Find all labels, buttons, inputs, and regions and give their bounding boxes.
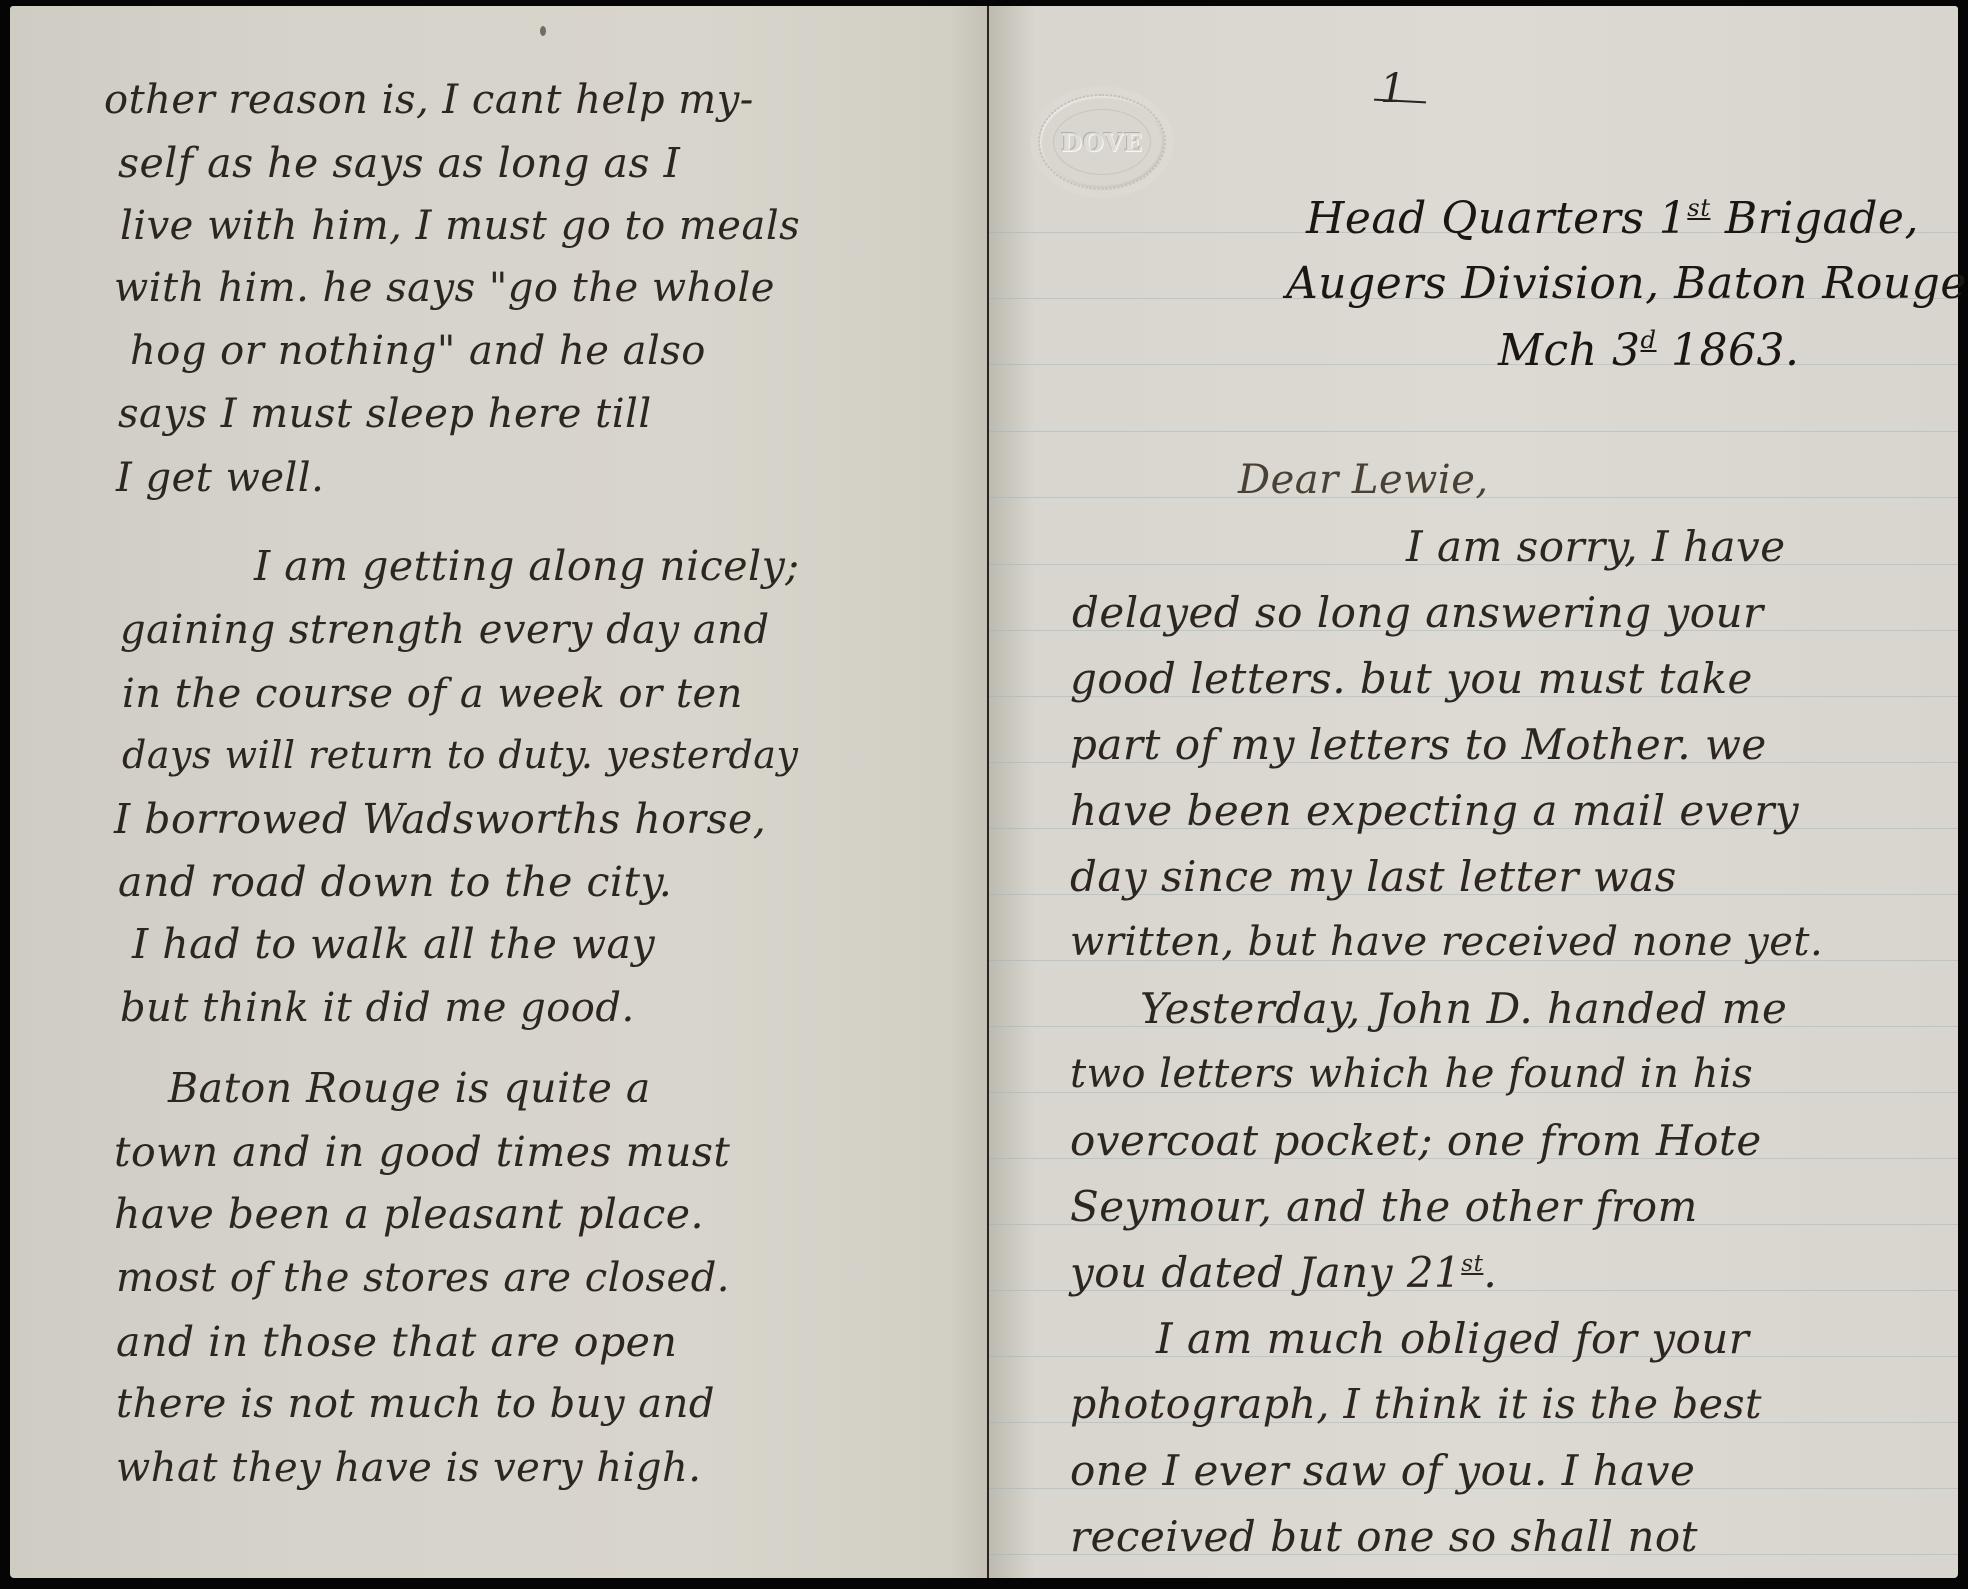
rule-line: [988, 431, 1958, 432]
left-line-10: in the course of a week or ten: [122, 674, 743, 714]
left-line-11: days will return to duty. yesterday: [122, 736, 798, 774]
left-line-14: I had to walk all the way: [132, 924, 655, 965]
right-line-3: good letters. but you must take: [1070, 658, 1753, 700]
right-line-2: delayed so long answering your: [1072, 592, 1764, 634]
heading-line-2: Augers Division, Baton Rouge,: [1286, 262, 1968, 306]
left-line-13: and road down to the city.: [118, 862, 672, 903]
ordinal-suffix: st: [1687, 194, 1710, 222]
left-line-7: I get well.: [116, 458, 324, 498]
left-line-5: hog or nothing" and he also: [130, 331, 706, 371]
heading-text: Head Quarters 1: [1306, 193, 1687, 244]
right-line-11: Seymour, and the other from: [1070, 1186, 1698, 1228]
left-line-19: most of the stores are closed.: [116, 1258, 730, 1298]
right-line-10: overcoat pocket; one from Hote: [1070, 1120, 1762, 1162]
right-line-8: Yesterday, John D. handed me: [1140, 988, 1787, 1030]
letter-spread: other reason is, I cant help my- self as…: [10, 6, 1958, 1578]
left-line-8: I am getting along nicely;: [254, 546, 800, 587]
left-line-16: Baton Rouge is quite a: [168, 1068, 651, 1109]
dated-text: you dated Jany 21: [1070, 1248, 1461, 1297]
left-line-2: self as he says as long as I: [118, 143, 680, 184]
right-line-15: one I ever saw of you. I have: [1070, 1450, 1695, 1492]
left-line-17: town and in good times must: [114, 1132, 730, 1173]
left-line-6: says I must sleep here till: [118, 394, 652, 434]
salutation: Dear Lewie,: [1238, 460, 1489, 500]
right-line-12: you dated Jany 21st.: [1070, 1252, 1497, 1294]
left-line-15: but think it did me good.: [120, 988, 635, 1028]
left-line-18: have been a pleasant place.: [114, 1194, 704, 1235]
page-number: 1: [1380, 66, 1405, 112]
left-line-22: what they have is very high.: [116, 1448, 701, 1488]
left-line-9: gaining strength every day and: [120, 610, 770, 650]
left-line-1: other reason is, I cant help my-: [104, 80, 754, 120]
emboss-label: DOVE: [1053, 109, 1151, 175]
ink-blot: [540, 26, 546, 36]
left-line-20: and in those that are open: [116, 1322, 677, 1363]
right-line-9: two letters which he found in his: [1070, 1054, 1753, 1094]
left-line-3: live with him, I must go to meals: [120, 206, 800, 246]
heading-text: Brigade,: [1710, 193, 1919, 244]
right-line-5: have been expecting a mail every: [1070, 790, 1799, 832]
page-fold: [987, 6, 989, 1578]
dated-text: .: [1483, 1248, 1497, 1297]
right-line-7: written, but have received none yet.: [1070, 922, 1823, 962]
right-line-4: part of my letters to Mother. we: [1070, 724, 1767, 766]
right-line-1: I am sorry, I have: [1406, 526, 1786, 568]
left-line-21: there is not much to buy and: [116, 1384, 715, 1424]
right-line-14: photograph, I think it is the best: [1070, 1384, 1762, 1425]
right-line-16: received but one so shall not: [1070, 1516, 1698, 1558]
rule-line: [988, 364, 1958, 365]
left-page: other reason is, I cant help my- self as…: [10, 6, 988, 1578]
right-line-13: I am much obliged for your: [1156, 1318, 1749, 1360]
date-text: Mch 3: [1498, 325, 1641, 376]
date-text: 1863.: [1657, 325, 1800, 376]
dove-emboss-seal: DOVE: [1038, 94, 1166, 190]
right-line-6: day since my last letter was: [1070, 856, 1677, 898]
left-line-4: with him. he says "go the whole: [114, 268, 775, 308]
ordinal-suffix: st: [1461, 1251, 1483, 1277]
ordinal-suffix: d: [1641, 326, 1657, 354]
letter-date: Mch 3d 1863.: [1498, 328, 1799, 373]
heading-line-1: Head Quarters 1st Brigade,: [1306, 196, 1919, 241]
left-line-12: I borrowed Wadsworths horse,: [114, 799, 766, 840]
